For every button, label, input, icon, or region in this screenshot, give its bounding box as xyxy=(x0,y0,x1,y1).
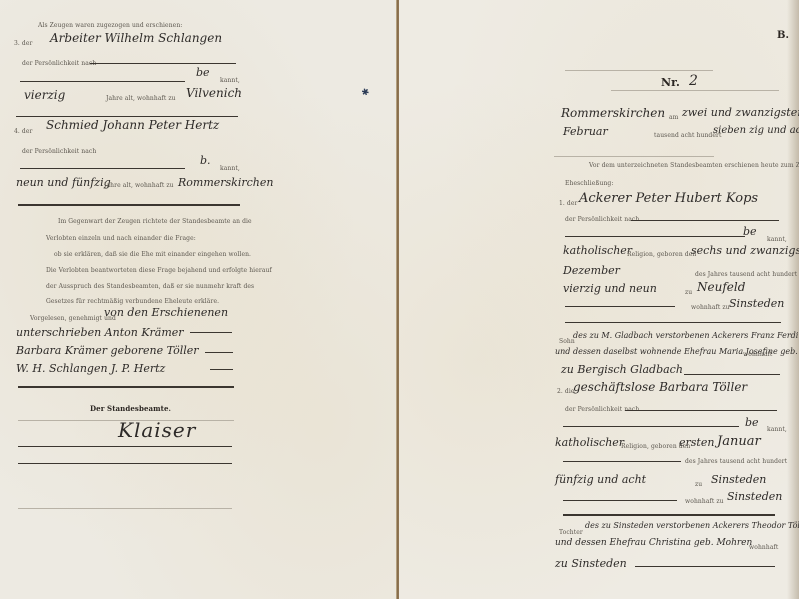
known-label: kannt, xyxy=(220,77,240,84)
rule xyxy=(563,461,681,462)
known-label: kannt, xyxy=(767,426,787,433)
rule xyxy=(563,426,739,427)
known-label: kannt, xyxy=(220,165,240,172)
page-edge-shadow xyxy=(787,0,799,599)
rule xyxy=(90,63,236,64)
witness-intro: Als Zeugen waren zugezogen und erschiene… xyxy=(38,22,182,29)
witness3-age: vierzig xyxy=(24,88,65,102)
groom-birth-place: Neufeld xyxy=(697,280,745,294)
official-label: Der Standesbeamte. xyxy=(90,404,171,413)
rule xyxy=(611,90,779,91)
groom-parents-line-1: des zu M. Gladbach verstorbenen Ackerers… xyxy=(573,331,799,340)
register-day: zwei und zwanzigsten xyxy=(682,106,799,119)
date-prefix: am xyxy=(669,114,678,121)
rule xyxy=(625,410,777,411)
bride-birth-place-label: zu xyxy=(695,481,702,488)
register-year-printed: tausend acht hundert xyxy=(654,132,721,139)
witness3-known: be xyxy=(196,66,210,79)
bride-birth-place: Sinsteden xyxy=(711,473,766,486)
rule xyxy=(18,446,232,447)
appeared-text: Vor dem unterzeichneten Standesbeamten e… xyxy=(589,162,799,169)
bride-parents-label: Tochter xyxy=(559,529,583,536)
ceremony-line-3: ob sie erklären, daß sie die Ehe mit ein… xyxy=(54,251,251,258)
bride-birth-month: Januar xyxy=(717,434,761,449)
groom-name: Ackerer Peter Hubert Kops xyxy=(579,191,758,206)
groom-residence: Sinsteden xyxy=(729,297,784,310)
bride-parents-line-2: und dessen Ehefrau Christina geb. Mohren xyxy=(555,538,752,548)
rule xyxy=(18,508,232,509)
rule xyxy=(565,306,675,307)
known-label: kannt, xyxy=(767,236,787,243)
official-signature: Klaiser xyxy=(118,418,196,442)
register-spread: ✱ Als Zeugen waren zugezogen und erschie… xyxy=(0,0,799,599)
rule xyxy=(565,236,745,237)
groom-birth-month: Dezember xyxy=(563,264,620,277)
witness3-prefix: 3. der xyxy=(14,40,33,47)
register-year: sieben zig und acht xyxy=(713,125,799,136)
rule xyxy=(20,81,185,82)
left-page: ✱ Als Zeugen waren zugezogen und erschie… xyxy=(0,0,398,599)
groom-identity-label: der Persönlichkeit nach xyxy=(565,216,639,223)
signature-line-4: W. H. Schlangen J. P. Hertz xyxy=(16,362,165,375)
groom-religion: katholischer xyxy=(563,244,632,257)
groom-prefix: 1. der xyxy=(559,200,578,207)
rule xyxy=(565,70,713,71)
bride-residence: Sinsteden xyxy=(727,490,782,503)
rule xyxy=(631,220,779,221)
register-place: Rommerskirchen xyxy=(561,106,665,120)
bride-birth-year-label: des Jahres tausend acht hundert xyxy=(685,458,787,465)
rule xyxy=(20,168,185,169)
section-letter: B. xyxy=(777,30,789,41)
groom-parents-residence: zu Bergisch Gladbach xyxy=(561,363,683,376)
witness3-identity-label: der Persönlichkeit nach xyxy=(22,60,96,67)
rule xyxy=(210,369,233,370)
rule xyxy=(190,332,232,333)
rule xyxy=(16,116,238,117)
groom-birth-place-label: zu xyxy=(685,289,692,296)
rule xyxy=(18,204,240,206)
ink-smudge: ✱ xyxy=(361,87,371,99)
witness3-residence: Vilvenich xyxy=(186,86,242,100)
rule xyxy=(684,374,780,375)
witness4-age-label: Jahre alt, wohnhaft zu xyxy=(104,182,174,189)
groom-residence-label: wohnhaft zu xyxy=(691,304,730,311)
rule xyxy=(563,514,775,516)
bride-prefix: 2. die xyxy=(557,388,575,395)
groom-religion-label: Religion, geboren den xyxy=(627,251,696,258)
entry-number-label: Nr. xyxy=(661,76,680,89)
groom-birth-year-label: des Jahres tausend acht hundert xyxy=(695,271,797,278)
rule xyxy=(563,500,677,501)
ceremony-line-5: der Ausspruch des Standesbeamten, daß er… xyxy=(46,283,254,290)
witness3-age-label: Jahre alt, wohnhaft zu xyxy=(106,95,176,102)
ceremony-line-6: Gesetzes für rechtmäßig verbundene Ehele… xyxy=(46,298,219,305)
bride-parents-residence: zu Sinsteden xyxy=(555,557,627,570)
bride-parents-residence-label: wohnhaft xyxy=(749,544,778,551)
witness4-known: b. xyxy=(200,154,211,167)
rule xyxy=(554,156,714,157)
bride-birth-year: fünfzig und acht xyxy=(555,473,646,486)
rule xyxy=(565,322,781,323)
register-month: Februar xyxy=(563,125,608,138)
groom-parents-residence-label: wohnhaft xyxy=(743,351,772,358)
witness4-prefix: 4. der xyxy=(14,128,33,135)
ceremony-line-4: Die Verlobten beantworteten diese Frage … xyxy=(46,267,272,274)
bride-parents-line-1: des zu Sinsteden verstorbenen Ackerers T… xyxy=(585,521,799,530)
entry-number: 2 xyxy=(689,73,698,89)
witness4-age: neun und fünfzig xyxy=(16,176,111,189)
rule xyxy=(18,386,234,388)
signature-line-3: Barbara Krämer geborene Töller xyxy=(16,344,199,357)
groom-known: be xyxy=(743,225,757,238)
bride-known: be xyxy=(745,416,759,429)
ceremony-line-2: Verlobten einzeln und nach einander die … xyxy=(46,235,196,242)
ceremony-line-1: Im Gegenwart der Zeugen richtete der Sta… xyxy=(58,218,252,225)
groom-birth-year: vierzig und neun xyxy=(563,282,657,295)
rule xyxy=(635,566,775,567)
bride-religion: katholischer xyxy=(555,436,624,449)
witness4-identity-label: der Persönlichkeit nach xyxy=(22,148,96,155)
witness4-residence: Rommerskirchen xyxy=(178,176,273,189)
witness3-name: Arbeiter Wilhelm Schlangen xyxy=(50,31,222,45)
signature-line-1: von den Erschienenen xyxy=(104,306,228,319)
appeared-text-2: Eheschließung: xyxy=(565,180,614,187)
groom-birth-day: sechs und zwanzigsten xyxy=(691,244,799,257)
rule xyxy=(205,352,233,353)
right-page: B. Nr. 2 Rommerskirchen am zwei und zwan… xyxy=(399,0,799,599)
bride-birth-day: ersten xyxy=(679,436,714,449)
bride-residence-label: wohnhaft zu xyxy=(685,498,724,505)
signature-line-2: unterschrieben Anton Krämer xyxy=(16,326,184,339)
witness4-name: Schmied Johann Peter Hertz xyxy=(46,118,219,132)
bride-name: geschäftslose Barbara Töller xyxy=(573,380,747,394)
rule xyxy=(18,463,232,464)
